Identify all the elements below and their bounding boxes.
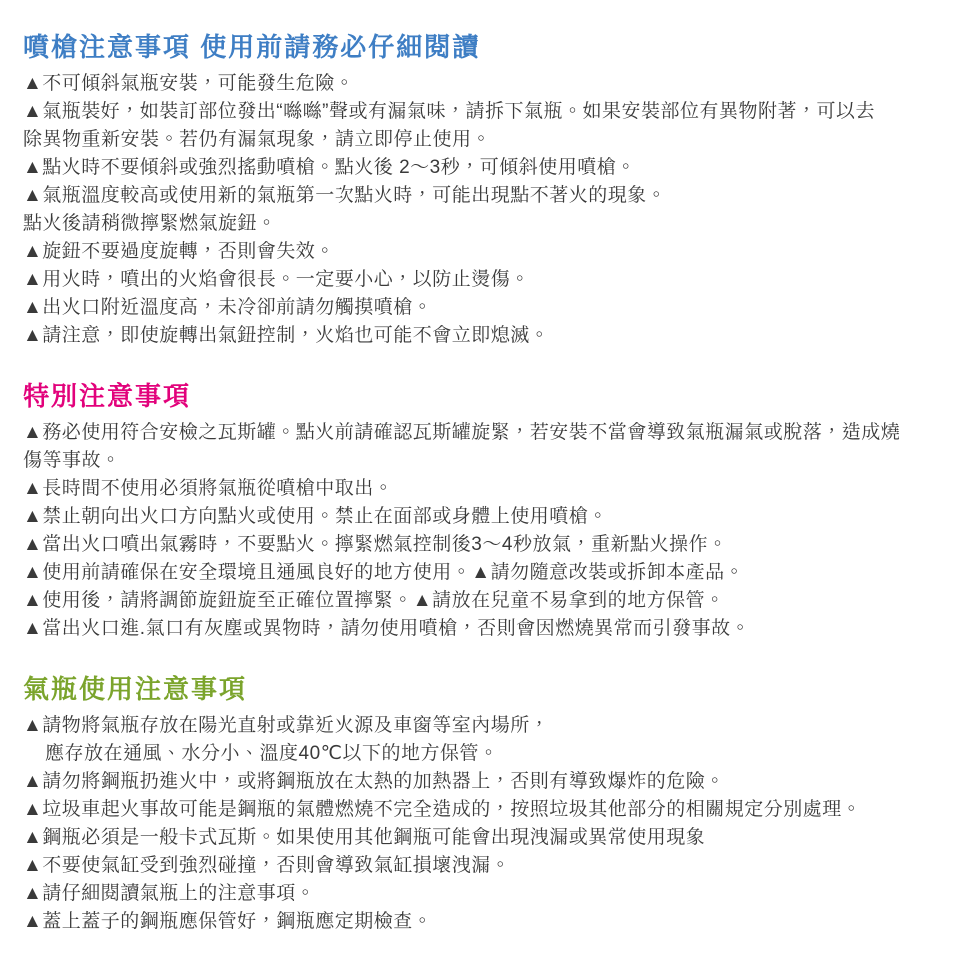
- notice-line: ▲務必使用符合安檢之瓦斯罐。點火前請確認瓦斯罐旋緊，若安裝不當會導致氣瓶漏氣或脫…: [23, 419, 934, 447]
- notice-line-continuation: 點火後請稍微擰緊燃氣旋鈕。: [23, 210, 934, 238]
- notice-line: ▲請物將氣瓶存放在陽光直射或靠近火源及車窗等室內場所，: [23, 712, 934, 740]
- notice-line: ▲鋼瓶必須是一般卡式瓦斯。如果使用其他鋼瓶可能會出現洩漏或異常使用現象: [23, 824, 934, 852]
- notice-line: ▲長時間不使用必須將氣瓶從噴槍中取出。: [23, 475, 934, 503]
- notice-line: ▲用火時，噴出的火焰會很長。一定要小心，以防止燙傷。: [23, 266, 934, 294]
- notice-line-continuation: 應存放在通風、水分小、溫度40℃以下的地方保管。: [23, 740, 934, 768]
- notice-line-continuation: 傷等事故。: [23, 447, 934, 475]
- notice-line: ▲請仔細閱讀氣瓶上的注意事項。: [23, 880, 934, 908]
- notice-line: ▲不可傾斜氣瓶安裝，可能發生危險。: [23, 70, 934, 98]
- notice-line: ▲點火時不要傾斜或強烈搖動噴槍。點火後 2～3秒，可傾斜使用噴槍。: [23, 154, 934, 182]
- notice-line: ▲旋鈕不要過度旋轉，否則會失效。: [23, 238, 934, 266]
- section-title-gas-canister-notice: 氣瓶使用注意事項: [23, 673, 934, 706]
- notice-line: ▲請注意，即使旋轉出氣鈕控制，火焰也可能不會立即熄滅。: [23, 322, 934, 350]
- notice-line: ▲當出火口噴出氣霧時，不要點火。擰緊燃氣控制後3～4秒放氣，重新點火操作。: [23, 531, 934, 559]
- notice-line: ▲請勿將鋼瓶扔進火中，或將鋼瓶放在太熱的加熱器上，否則有導致爆炸的危險。: [23, 768, 934, 796]
- notice-line: ▲氣瓶溫度較高或使用新的氣瓶第一次點火時，可能出現點不著火的現象。: [23, 182, 934, 210]
- notice-line: ▲禁止朝向出火口方向點火或使用。禁止在面部或身體上使用噴槍。: [23, 503, 934, 531]
- notice-line: ▲蓋上蓋子的鋼瓶應保管好，鋼瓶應定期檢查。: [23, 908, 934, 936]
- instruction-document: 噴槍注意事項 使用前請務必仔細閱讀 ▲不可傾斜氣瓶安裝，可能發生危險。 ▲氣瓶裝…: [0, 0, 960, 960]
- section-title-spray-gun-notice: 噴槍注意事項 使用前請務必仔細閱讀: [23, 31, 934, 64]
- notice-line: ▲垃圾車起火事故可能是鋼瓶的氣體燃燒不完全造成的，按照垃圾其他部分的相關規定分別…: [23, 796, 934, 824]
- notice-line: ▲使用前請確保在安全環境且通風良好的地方使用。▲請勿隨意改裝或拆卸本產品。: [23, 559, 934, 587]
- notice-line: ▲不要使氣缸受到強烈碰撞，否則會導致氣缸損壞洩漏。: [23, 852, 934, 880]
- notice-line: ▲當出火口進.氣口有灰塵或異物時，請勿使用噴槍，否則會因燃燒異常而引發事故。: [23, 615, 934, 643]
- section-title-special-notice: 特別注意事項: [23, 380, 934, 413]
- notice-line: ▲出火口附近溫度高，未冷卻前請勿觸摸噴槍。: [23, 294, 934, 322]
- notice-line: ▲氣瓶裝好，如裝訂部位發出“噝噝”聲或有漏氣味，請拆下氣瓶。如果安裝部位有異物附…: [23, 98, 934, 126]
- notice-line: ▲使用後，請將調節旋鈕旋至正確位置擰緊。▲請放在兒童不易拿到的地方保管。: [23, 587, 934, 615]
- notice-line-continuation: 除異物重新安裝。若仍有漏氣現象，請立即停止使用。: [23, 126, 934, 154]
